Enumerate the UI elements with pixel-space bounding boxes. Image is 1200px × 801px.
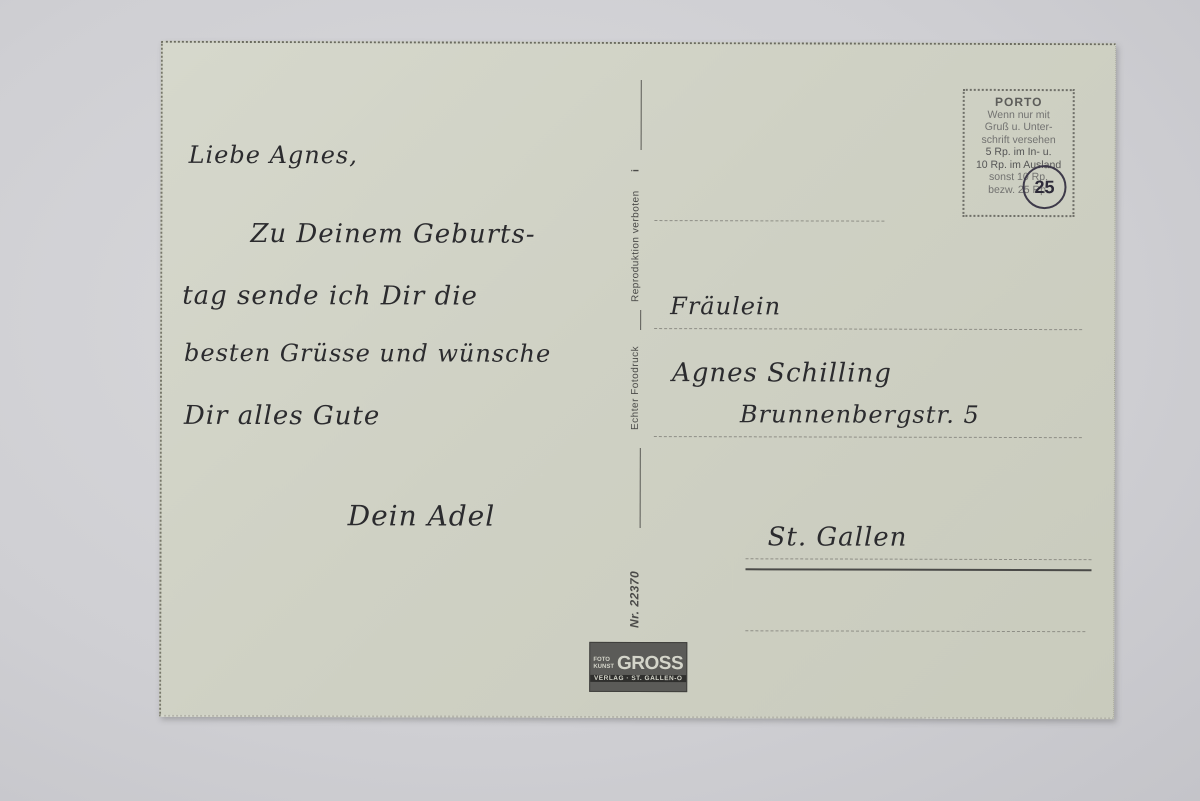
center-divider-top (641, 80, 642, 150)
message-line: Zu Deinem Geburts- (250, 219, 535, 250)
address-line-2 (654, 328, 1082, 330)
message-greeting: Liebe Agnes, (189, 141, 358, 169)
logo-prefix: FOTO KUNST (593, 656, 614, 670)
porto-line: Gruß u. Unter- (965, 121, 1073, 134)
porto-title: PORTO (965, 96, 1073, 109)
address-line-3 (654, 436, 1082, 438)
message-line: Dir alles Gute (184, 401, 380, 432)
logo-prefix-line2: KUNST (593, 663, 614, 670)
logo-prefix-line1: FOTO (593, 656, 614, 663)
address-city: St. Gallen (768, 522, 908, 552)
address-street: Brunnenbergstr. 5 (740, 400, 980, 429)
center-divider-mid (640, 310, 641, 330)
address-line-4 (746, 558, 1092, 560)
photo-print-notice: Echter Fotodruck (630, 346, 641, 430)
address-line-5 (745, 630, 1085, 632)
address-underline (746, 568, 1092, 571)
address-line-1 (654, 220, 884, 222)
porto-line: Wenn nur mit (965, 108, 1073, 121)
postage-stamp-circle: 25 (1022, 165, 1066, 209)
card-number: Nr. 22370 (627, 571, 641, 628)
message-line: tag sende ich Dir die (182, 281, 478, 312)
reproduction-notice: Reproduktion verboten (630, 190, 641, 302)
separator-mark: i (631, 169, 642, 172)
porto-line: schrift versehen (965, 133, 1073, 146)
address-name: Agnes Schilling (672, 358, 892, 389)
logo-subline: VERLAG · ST. GALLEN-O (590, 674, 686, 681)
message-signature: Dein Adel (348, 499, 496, 532)
porto-line: 5 Rp. im In- u. (965, 146, 1073, 159)
message-line: besten Grüsse und wünsche (184, 339, 551, 368)
logo-name: GROSS (617, 652, 683, 674)
publisher-logo: FOTO KUNST GROSS VERLAG · ST. GALLEN-O (589, 642, 687, 692)
porto-box: PORTO Wenn nur mit Gruß u. Unter- schrif… (962, 89, 1074, 217)
address-title: Fräulein (670, 292, 781, 320)
postcard-back: Liebe Agnes, Zu Deinem Geburts- tag send… (159, 41, 1116, 719)
center-divider-lower (640, 448, 641, 528)
